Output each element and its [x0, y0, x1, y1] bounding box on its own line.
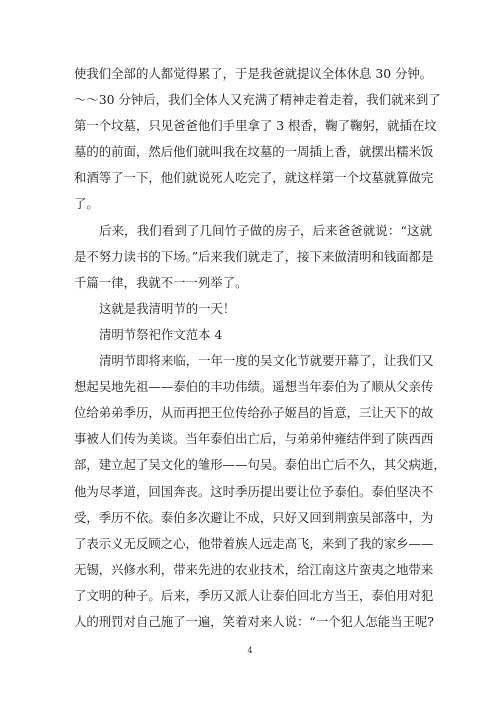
text-line: 无锡，兴修水利，带来先进的农业技术，给江南这片蛮夷之地带来: [74, 557, 432, 583]
text-line: 了文明的种子。后来，季历又派人让泰伯回北方当王，泰伯用对犯: [74, 583, 432, 609]
text-line: ～～30 分钟后，我们全体人又充满了精神走着走着，我们就来到了: [74, 87, 432, 113]
text-line: 了。: [74, 191, 432, 217]
text-line: 后来，我们看到了几间竹子做的房子，后来爸爸就说：“这就: [74, 218, 432, 244]
text-line: 清明节即将来临，一年一度的吴文化节就要开幕了，让我们又: [74, 348, 432, 374]
body-text: 使我们全部的人都觉得累了，于是我爸就提议全体休息 30 分钟。 ～～30 分钟后…: [74, 61, 432, 635]
page-number: 4: [0, 645, 500, 657]
section-heading: 清明节祭祀作文范本 4: [74, 322, 432, 348]
text-line: 事被人们传为美谈。当年泰伯出亡后，与弟弟仲雍结伴到了陕西西: [74, 426, 432, 452]
text-line: 位给弟弟季历，从而再把王位传给孙子姬昌的旨意，三让天下的故: [74, 400, 432, 426]
text-line: 是不努力读书的下场。”后来我们就走了，接下来做清明和钱面都是: [74, 244, 432, 270]
text-line: 和酒等了一下，他们就说死人吃完了，就这样第一个坟墓就算做完: [74, 165, 432, 191]
text-line: 千篇一律，我就不一一列举了。: [74, 270, 432, 296]
text-line: 使我们全部的人都觉得累了，于是我爸就提议全体休息 30 分钟。: [74, 61, 432, 87]
text-line: 他为尽孝道，回国奔丧。这时季历提出要让位予泰伯。泰伯坚决不: [74, 479, 432, 505]
text-line: 人的刑罚对自己施了一遍，笑着对来人说：“一个犯人怎能当王呢?: [74, 609, 432, 635]
text-line: 这就是我清明节的一天！: [74, 296, 432, 322]
text-line: 想起吴地先祖——泰伯的丰功伟绩。遥想当年泰伯为了顺从父亲传: [74, 374, 432, 400]
text-line: 了表示义无反顾之心，他带着族人远走高飞，来到了我的家乡——: [74, 531, 432, 557]
text-line: 墓的的前面，然后他们就叫我在坟墓的一周插上香，就摆出糯米饭: [74, 139, 432, 165]
text-line: 第一个坟墓，只见爸爸他们手里拿了 3 根香，鞠了鞠躬，就插在坟: [74, 113, 432, 139]
text-line: 受，季历不依。泰伯多次避让不成，只好又回到荆蛮吴部落中，为: [74, 505, 432, 531]
document-page: 使我们全部的人都觉得累了，于是我爸就提议全体休息 30 分钟。 ～～30 分钟后…: [0, 0, 500, 708]
text-line: 部，建立起了吴文化的雏形——句吴。泰伯出亡后不久，其父病逝，: [74, 452, 432, 478]
